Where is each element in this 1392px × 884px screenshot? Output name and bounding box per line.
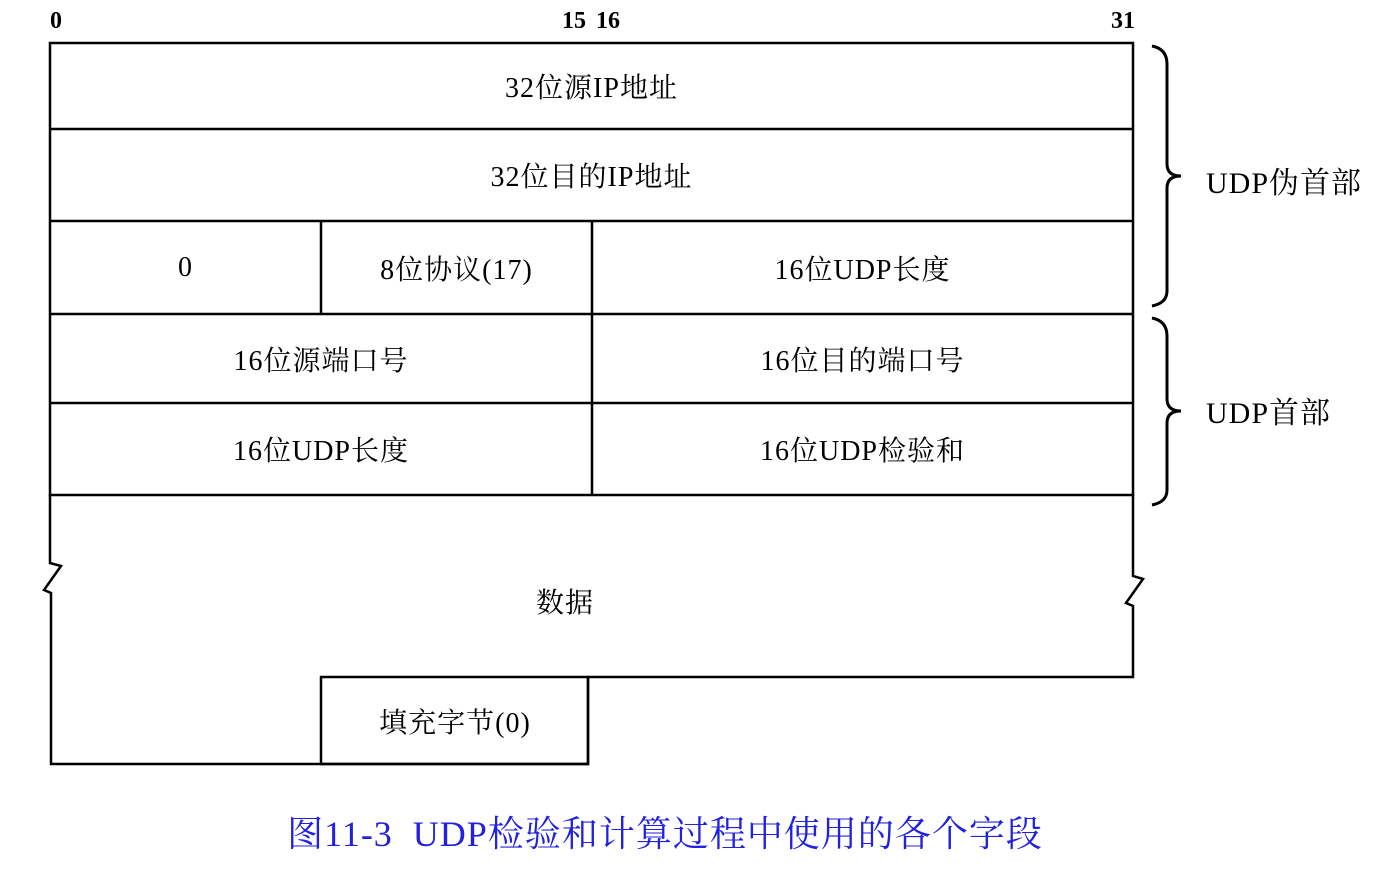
field-dest-ip: 32位目的IP地址 <box>50 129 1133 221</box>
field-udp-length-pseudo: 16位UDP长度 <box>592 221 1133 314</box>
field-udp-checksum: 16位UDP检验和 <box>592 403 1133 495</box>
label-udp-header: UDP首部 <box>1206 388 1331 432</box>
field-data: 数据 <box>465 584 665 618</box>
label-udp-pseudo-header: UDP伪首部 <box>1206 158 1362 202</box>
field-source-ip: 32位源IP地址 <box>50 43 1133 129</box>
brace-udp-header <box>1152 318 1181 505</box>
bit-label-31: 31 <box>1105 8 1135 35</box>
field-protocol: 8位协议(17) <box>321 221 592 314</box>
field-pad-byte: 填充字节(0) <box>322 677 588 764</box>
figure-caption: 图11-3 UDP检验和计算过程中使用的各个字段 <box>0 806 1330 857</box>
field-zero: 0 <box>50 221 321 314</box>
udp-checksum-figure: 0 15 16 31 32位源IP地址 32位目的IP地址 0 8位协议(17)… <box>0 0 1392 884</box>
field-dest-port: 16位目的端口号 <box>592 314 1133 403</box>
bit-label-0: 0 <box>50 8 62 35</box>
brace-pseudo-header <box>1152 46 1181 306</box>
field-udp-length: 16位UDP长度 <box>50 403 592 495</box>
bit-label-16: 16 <box>596 8 620 35</box>
data-region-outline <box>44 494 1143 764</box>
field-source-port: 16位源端口号 <box>50 314 592 403</box>
bit-label-15: 15 <box>558 8 586 35</box>
